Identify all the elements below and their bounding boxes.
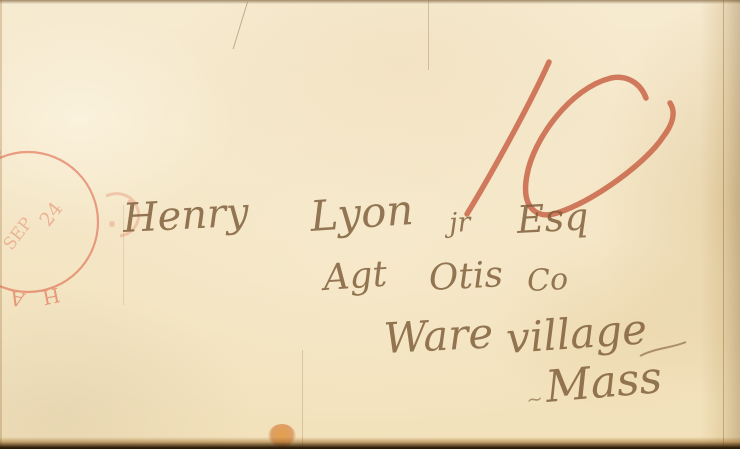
- hartford-postmark: HARTFORD SEP 24: [0, 133, 98, 313]
- rate-mark-loop: [526, 77, 673, 214]
- postmark-month-text: SEP: [0, 214, 37, 254]
- rate-mark-stem: [467, 62, 549, 214]
- address-word-esq: Esq: [516, 194, 590, 242]
- address-word-ware: Ware: [382, 308, 494, 363]
- address-word-jr: jr: [448, 207, 471, 239]
- mass-leading-flourish: ~: [525, 386, 545, 412]
- address-word-lyon: Lyon: [309, 185, 415, 241]
- rate-mark-10: [467, 62, 673, 215]
- scan-bottom-edge: [0, 437, 740, 449]
- address-word-agt: Agt: [322, 254, 388, 299]
- postmark-day-text: 24: [35, 198, 67, 231]
- address-word-co: Co: [526, 262, 569, 299]
- address-word-mass: Mass: [544, 352, 664, 413]
- address-word-henry: Henry: [122, 189, 250, 242]
- letter-cover-scan: HARTFORD SEP 24 Henry Lyon jr Esq Agt Ot…: [0, 0, 740, 449]
- address-word-otis: Otis: [428, 254, 504, 299]
